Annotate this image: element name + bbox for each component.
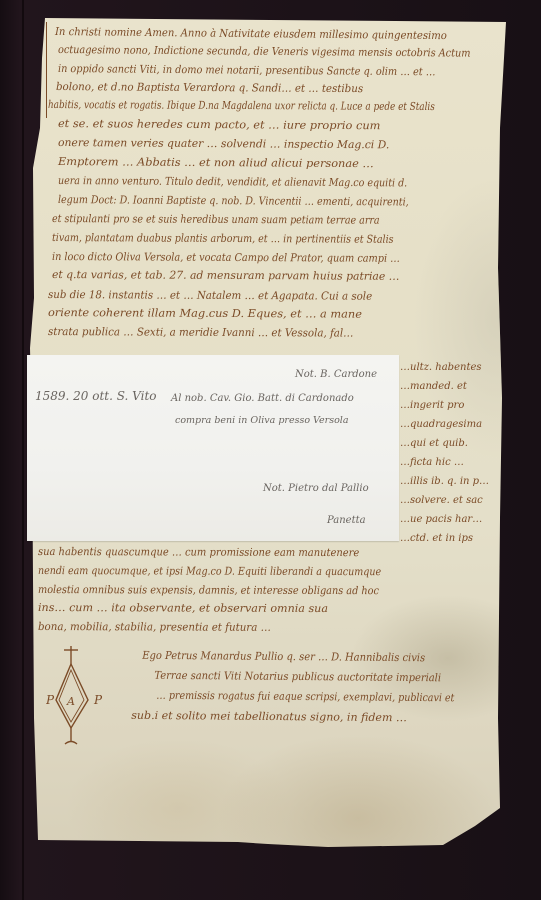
subscription-line: sub.i et solito mei tabellionatus signo,…	[131, 709, 407, 724]
subscription-line: Ego Petrus Manardus Pullio q. ser … D. H…	[142, 649, 425, 664]
text-line: in loco dicto Oliva Versola, et vocata C…	[52, 250, 400, 265]
text-line: ins… cum … ita observante, et observari …	[38, 601, 328, 615]
text-fragment: …qui et quib.	[400, 438, 468, 449]
slip-line-1: Al nob. Cav. Gio. Batt. di Cardonado	[171, 393, 354, 404]
text-line: strata publica … Sexti, a meridie Ivanni…	[48, 325, 354, 340]
text-line: bolono, et d.no Baptista Verardora q. Sa…	[56, 80, 363, 95]
text-line: bona, mobilia, stabilia, presentia et fu…	[38, 620, 271, 634]
slip-top-right-note: Not. B. Cardone	[295, 369, 377, 380]
signum-center-letter: A	[66, 695, 75, 708]
text-fragment: …ficta hic …	[400, 457, 464, 468]
text-fragment: …ue pacis har…	[400, 514, 482, 525]
subscription-line: Terrae sancti Viti Notarius publicus auc…	[154, 669, 441, 685]
text-fragment: …ctd. et in ips	[400, 533, 473, 544]
text-line: sua habentis quascumque … cum promission…	[38, 545, 359, 559]
text-line: molestia omnibus suis expensis, damnis, …	[38, 583, 379, 597]
text-line: nendi eam quocumque, et ipsi Mag.co D. E…	[38, 564, 381, 578]
text-fragment: …illis ib. q. in p…	[400, 476, 489, 487]
text-line: oriente coherent illam Mag.cus D. Eques,…	[48, 306, 362, 321]
text-line: sub die 18. instantis … et … Natalem … e…	[48, 288, 372, 303]
text-fragment: …solvere. et sac	[400, 495, 483, 506]
pasted-archival-slip: 1589. 20 ott. S. Vito Not. B. Cardone Al…	[27, 355, 399, 541]
slip-date-note: 1589. 20 ott. S. Vito	[35, 389, 157, 403]
slip-line-2: compra beni in Oliva presso Versola	[175, 415, 349, 426]
notary-signum-icon: A P P	[46, 642, 116, 752]
mount-edge-line	[22, 0, 24, 900]
text-fragment: …ingerit pro	[400, 400, 464, 411]
subscription-line: … premissis rogatus fui eaque scripsi, e…	[156, 689, 454, 705]
text-line: et stipulanti pro se et suis heredibus u…	[52, 212, 380, 227]
signum-right-letter: P	[93, 693, 103, 707]
text-line: tivam, plantatam duabus plantis arborum,…	[52, 231, 394, 246]
text-fragment: …ultz. habentes	[400, 362, 482, 373]
signum-left-letter: P	[46, 693, 55, 707]
text-line: onere tamen veries quater … solvendi … i…	[58, 136, 389, 151]
text-fragment: …manded. et	[400, 381, 467, 392]
text-line: et se. et suos heredes cum pacto, et … i…	[58, 117, 381, 132]
text-line: habitis, vocatis et rogatis. Ibique D.na…	[48, 98, 435, 113]
slip-signature: Panetta	[327, 515, 366, 526]
text-line: legum Doct: D. Ioanni Baptiste q. nob. D…	[58, 193, 409, 208]
text-fragment: …quadragesima	[400, 419, 482, 430]
slip-bottom-right-note: Not. Pietro dal Pallio	[263, 483, 369, 494]
text-line: et q.ta varias, et tab. 27. ad mensuram …	[52, 268, 400, 283]
text-line: Emptorem … Abbatis … et non aliud alicui…	[58, 155, 374, 170]
text-line: uera in anno venturo. Titulo dedit, vend…	[58, 174, 407, 189]
